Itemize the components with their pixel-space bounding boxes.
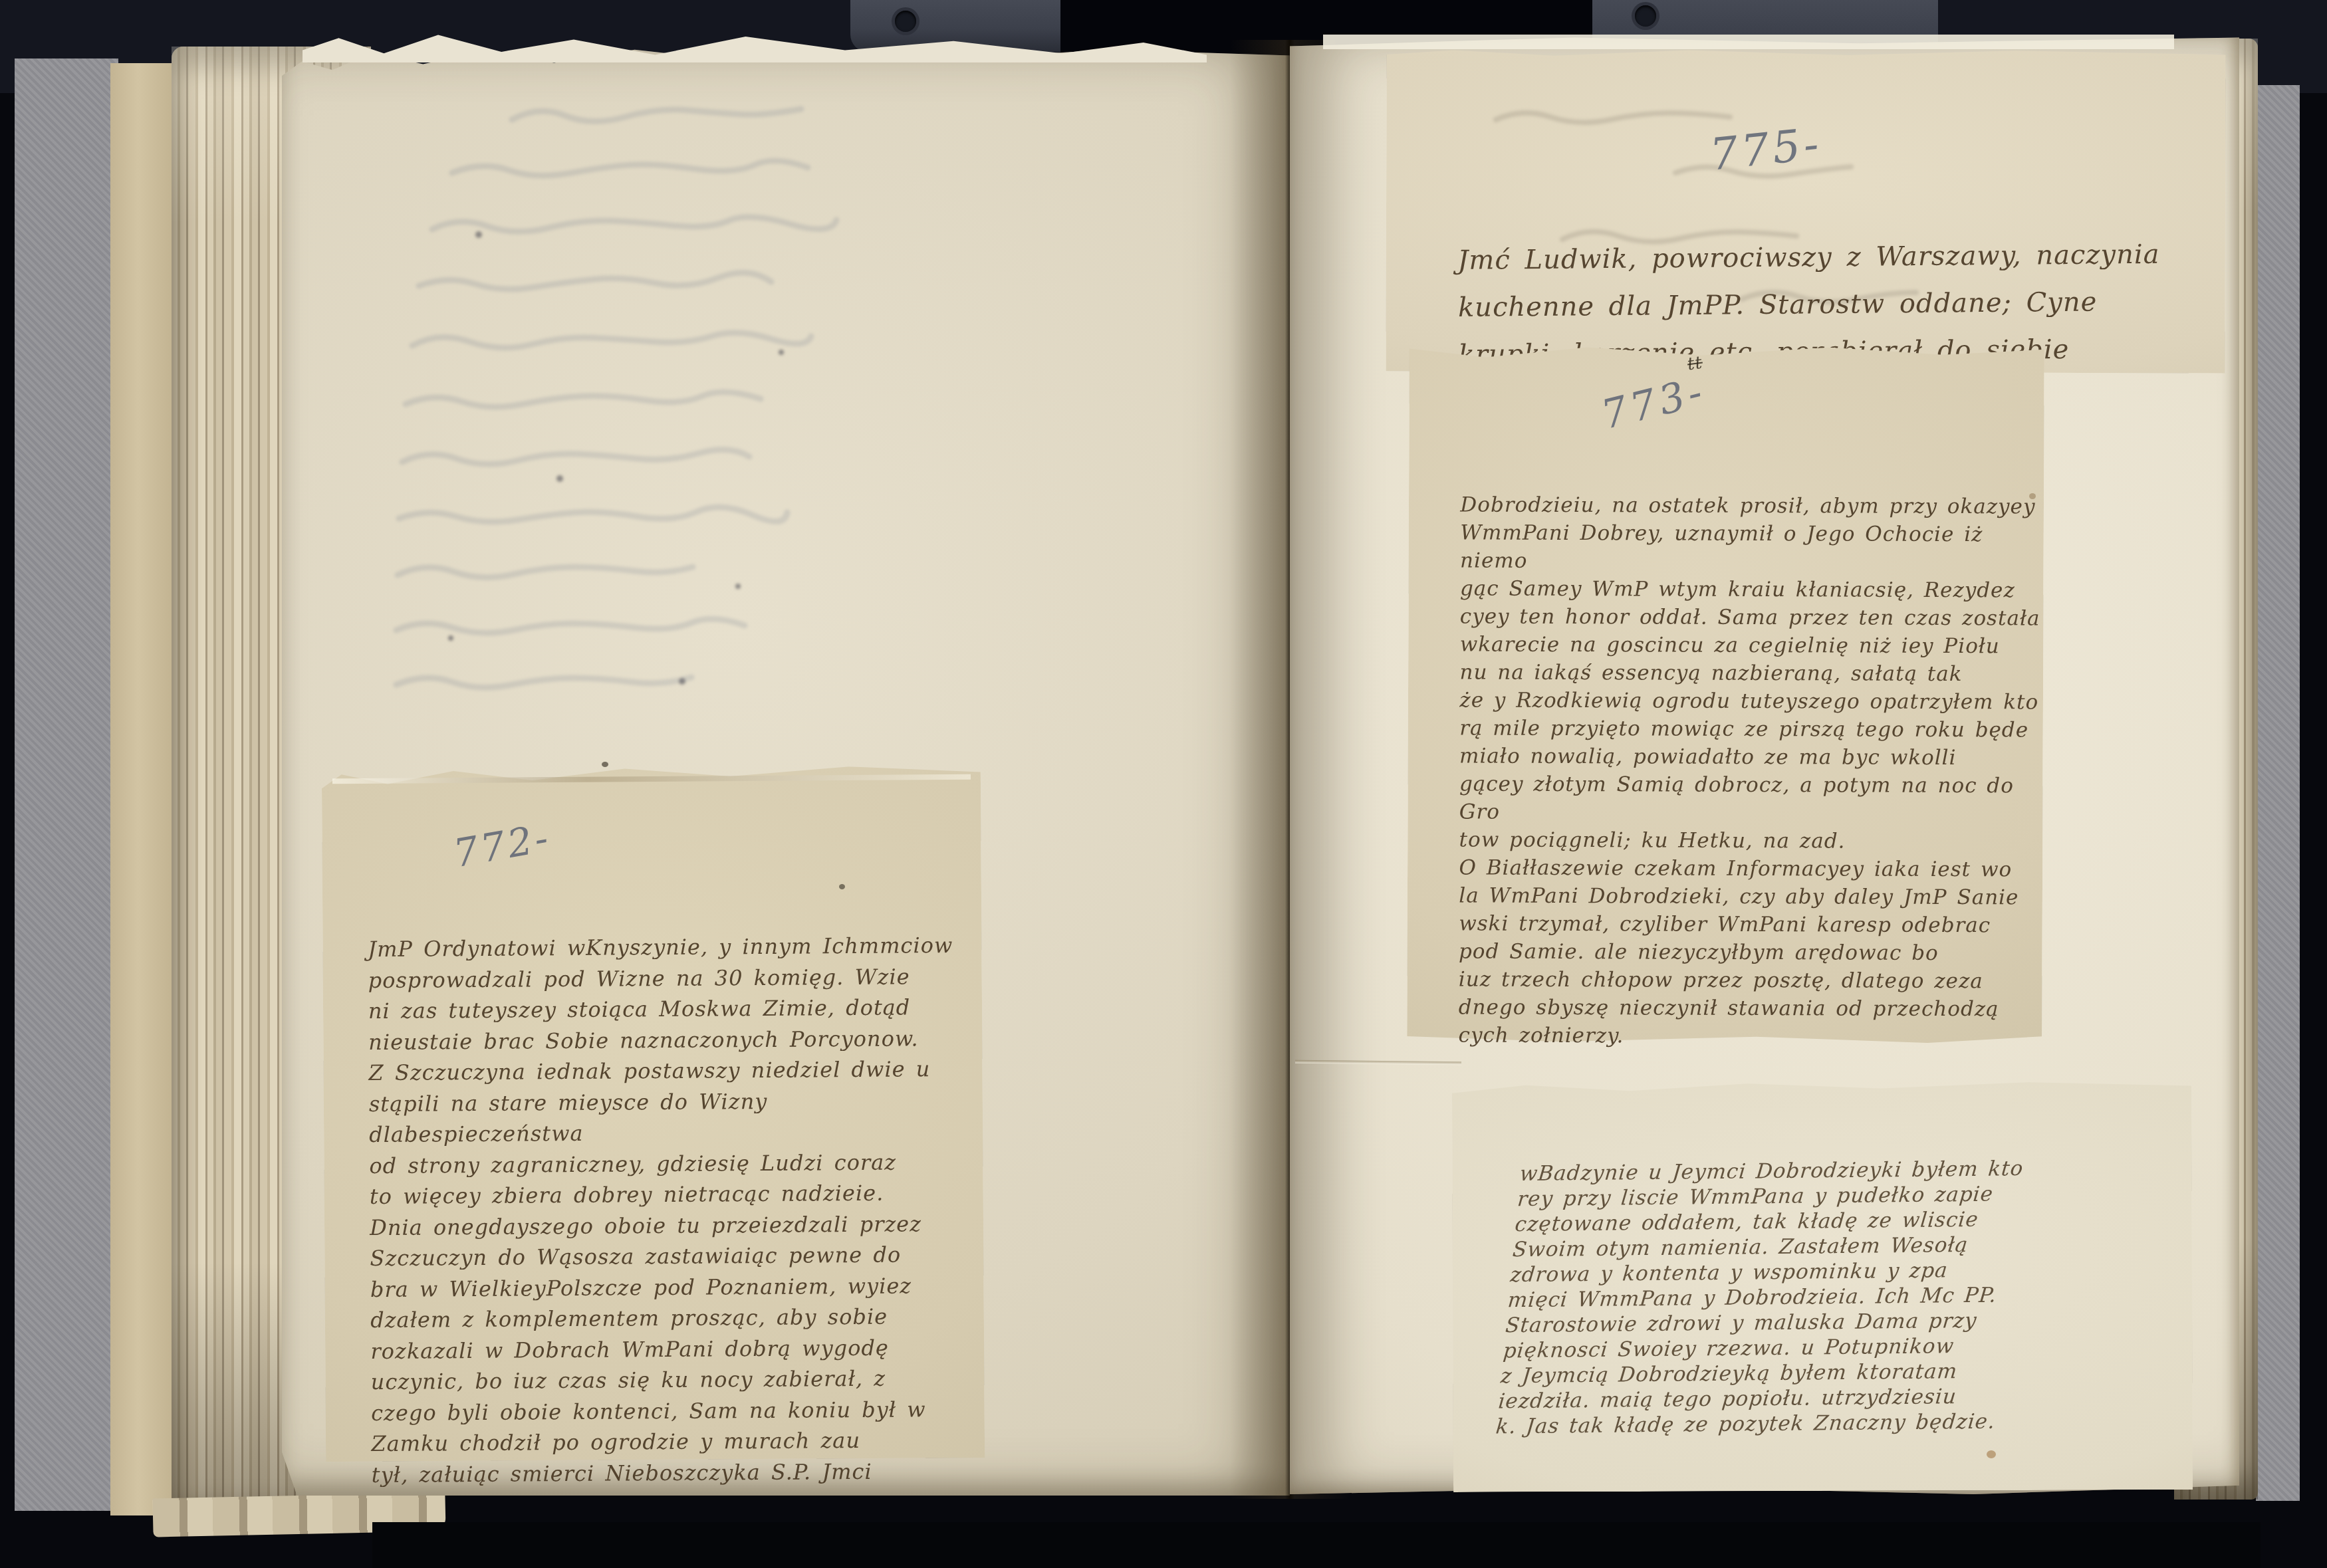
cradle-wedge-right	[2256, 85, 2300, 1501]
clamp-screw-hole-left	[895, 11, 916, 32]
cradle-wedge-left	[15, 58, 118, 1511]
foxing-spot	[602, 762, 608, 767]
archive-book-photograph: 772- JmP Ordynatowi wKnyszynie, y innym …	[0, 0, 2327, 1568]
foxing-spot	[1987, 1450, 1996, 1458]
book-cover-edge-left	[110, 63, 180, 1515]
background-bottom-band	[372, 1522, 2261, 1568]
note-772-handwritten-text: JmP Ordynatowi wKnyszynie, y innym Ichmm…	[368, 930, 957, 1490]
foxing-spot	[2029, 493, 2036, 499]
right-page-top-bright-edge	[1323, 35, 2174, 49]
letter-bottom-handwritten-text: wBadzynie u Jeymci Dobrodzieyki byłem kt…	[1495, 1154, 2192, 1439]
ink-showthrough-ghost-writing	[312, 80, 1270, 731]
clamp-screw-hole-right	[1635, 5, 1656, 27]
note-773-handwritten-text: Dobrodzieiu, na ostatek prosił, abym prz…	[1459, 491, 2046, 1051]
foxing-spot	[839, 884, 845, 889]
